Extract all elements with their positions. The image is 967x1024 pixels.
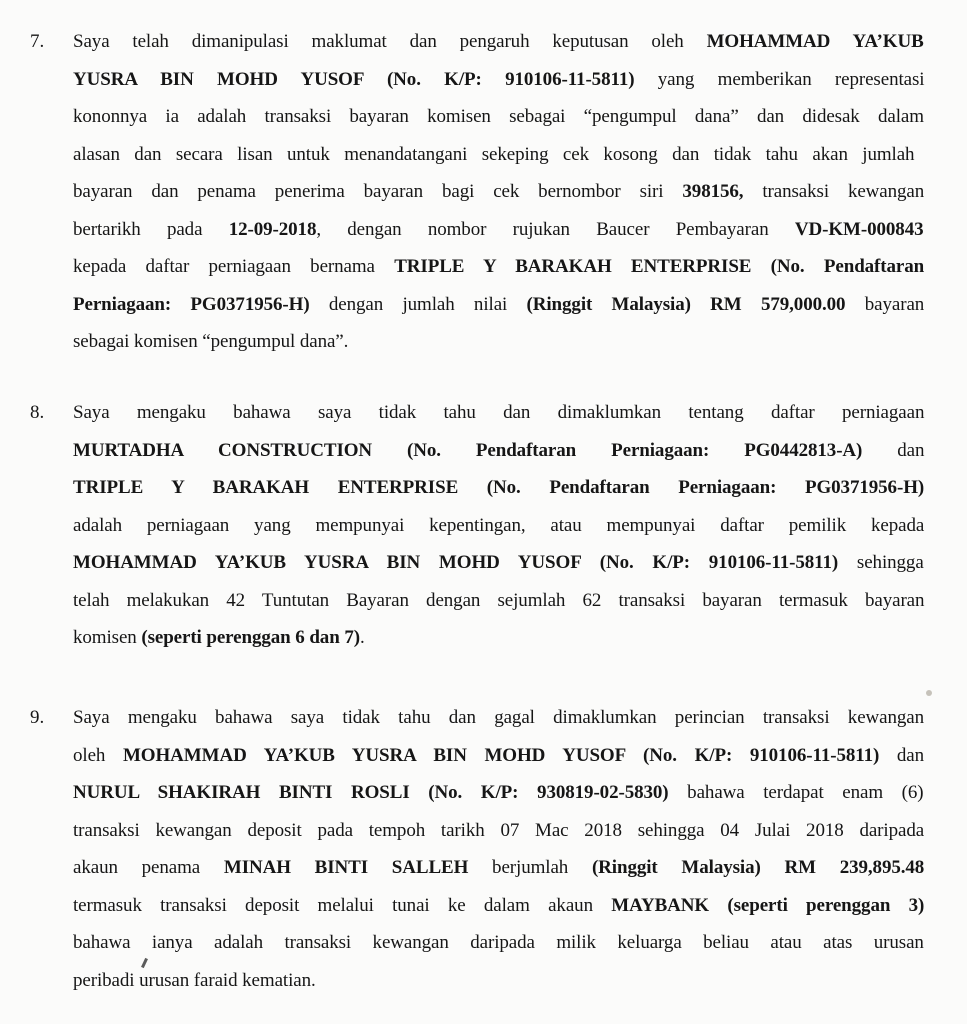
text: yang memberikan representasi [634,69,924,90]
text-line: akaun penama MINAH BINTI SALLEH berjumla… [73,849,924,887]
paragraph-body: Saya telah dimanipulasi maklumat dan pen… [73,23,924,361]
text: oleh [73,745,123,766]
text-line: sebagai komisen “pengumpul dana”. [73,323,924,361]
paragraph-number: 9. [30,699,70,737]
text-line: peribadi urusan faraid kematian. [73,962,924,1000]
text-line: kepada daftar perniagaan bernama TRIPLE … [73,248,924,286]
bold-text: TRIPLE Y BARAKAH ENTERPRISE (No. Pendaft… [394,256,924,277]
text-line: Perniagaan: PG0371956-H) dengan jumlah n… [73,286,924,324]
bold-text: (seperti perenggan 6 dan 7) [141,627,360,648]
text: bahawa ianya adalah transaksi kewangan d… [73,932,924,953]
text: bayaran dan penama penerima bayaran bagi… [73,181,682,202]
text-line: bayaran dan penama penerima bayaran bagi… [73,173,924,211]
bold-text: TRIPLE Y BARAKAH ENTERPRISE (No. Pendaft… [73,477,924,498]
document-page: 7. Saya telah dimanipulasi maklumat dan … [0,0,967,1024]
text-line: adalah perniagaan yang mempunyai kepenti… [73,507,924,545]
text-line: oleh MOHAMMAD YA’KUB YUSRA BIN MOHD YUSO… [73,737,924,775]
text: bayaran [845,294,924,315]
bold-text: MOHAMMAD YA’KUB YUSRA BIN MOHD YUSOF (No… [73,552,838,573]
text: akaun penama [73,857,224,878]
text: transaksi kewangan deposit pada tempoh t… [73,820,924,841]
text: dan [879,745,924,766]
bold-text: (Ringgit Malaysia) RM 579,000.00 [527,294,846,315]
text-line: MOHAMMAD YA’KUB YUSRA BIN MOHD YUSOF (No… [73,544,924,582]
bold-text: MOHAMMAD YA’KUB YUSRA BIN MOHD YUSOF (No… [123,745,879,766]
text: sebagai komisen “pengumpul dana”. [73,331,348,352]
text-line: TRIPLE Y BARAKAH ENTERPRISE (No. Pendaft… [73,469,924,507]
text: berjumlah [468,857,592,878]
text: . [360,627,365,648]
text-line: bertarikh pada 12-09-2018, dengan nombor… [73,211,924,249]
text-line: alasan dan secara lisan untuk menandatan… [73,136,924,174]
bold-text: MOHAMMAD YA’KUB [707,31,924,52]
text-line: transaksi kewangan deposit pada tempoh t… [73,812,924,850]
bold-text: (Ringgit Malaysia) RM 239,895.48 [592,857,924,878]
text-line: YUSRA BIN MOHD YUSOF (No. K/P: 910106-11… [73,61,924,99]
bold-text: MURTADHA CONSTRUCTION (No. Pendaftaran P… [73,440,862,461]
text: transaksi kewangan [743,181,924,202]
text: telah melakukan 42 Tuntutan Bayaran deng… [73,590,924,611]
paragraph-number: 7. [30,23,70,61]
text-line: NURUL SHAKIRAH BINTI ROSLI (No. K/P: 930… [73,774,924,812]
text: alasan dan secara lisan untuk menandatan… [73,144,914,165]
text-line: Saya telah dimanipulasi maklumat dan pen… [73,23,924,61]
text-line: telah melakukan 42 Tuntutan Bayaran deng… [73,582,924,620]
text: kononnya ia adalah transaksi bayaran kom… [73,106,924,127]
text-line: termasuk transaksi deposit melalui tunai… [73,887,924,925]
text: peribadi urusan faraid kematian. [73,970,316,991]
text-line: MURTADHA CONSTRUCTION (No. Pendaftaran P… [73,432,924,470]
paper-speck-mark [926,690,932,696]
text: termasuk transaksi deposit melalui tunai… [73,895,611,916]
text: Saya mengaku bahawa saya tidak tahu dan … [73,707,924,728]
text-line: komisen (seperti perenggan 6 dan 7). [73,619,924,657]
text: komisen [73,627,141,648]
bold-text: MINAH BINTI SALLEH [224,857,468,878]
bold-text: 12-09-2018 [229,219,317,240]
paragraph-number: 8. [30,394,70,432]
bold-text: YUSRA BIN MOHD YUSOF (No. K/P: 910106-11… [73,69,634,90]
bold-text: VD-KM-000843 [795,219,924,240]
bold-text: Perniagaan: PG0371956-H) [73,294,310,315]
bold-text: 398156, [682,181,743,202]
bold-text: NURUL SHAKIRAH BINTI ROSLI (No. K/P: 930… [73,782,669,803]
text: dan [862,440,924,461]
text: dengan jumlah nilai [310,294,527,315]
paragraph-body: Saya mengaku bahawa saya tidak tahu dan … [73,394,924,657]
text: , dengan nombor rujukan Baucer Pembayara… [316,219,795,240]
text-line: kononnya ia adalah transaksi bayaran kom… [73,98,924,136]
text: kepada daftar perniagaan bernama [73,256,394,277]
text: Saya mengaku bahawa saya tidak tahu dan … [73,402,924,423]
text: bertarikh pada [73,219,229,240]
bold-text: MAYBANK (seperti perenggan 3) [611,895,924,916]
text: sehingga [838,552,924,573]
text-line: Saya mengaku bahawa saya tidak tahu dan … [73,699,924,737]
text-line: Saya mengaku bahawa saya tidak tahu dan … [73,394,924,432]
text: bahawa terdapat enam (6) [669,782,924,803]
text: Saya telah dimanipulasi maklumat dan pen… [73,31,707,52]
text: adalah perniagaan yang mempunyai kepenti… [73,515,924,536]
text-line: bahawa ianya adalah transaksi kewangan d… [73,924,924,962]
paragraph-body: Saya mengaku bahawa saya tidak tahu dan … [73,699,924,999]
